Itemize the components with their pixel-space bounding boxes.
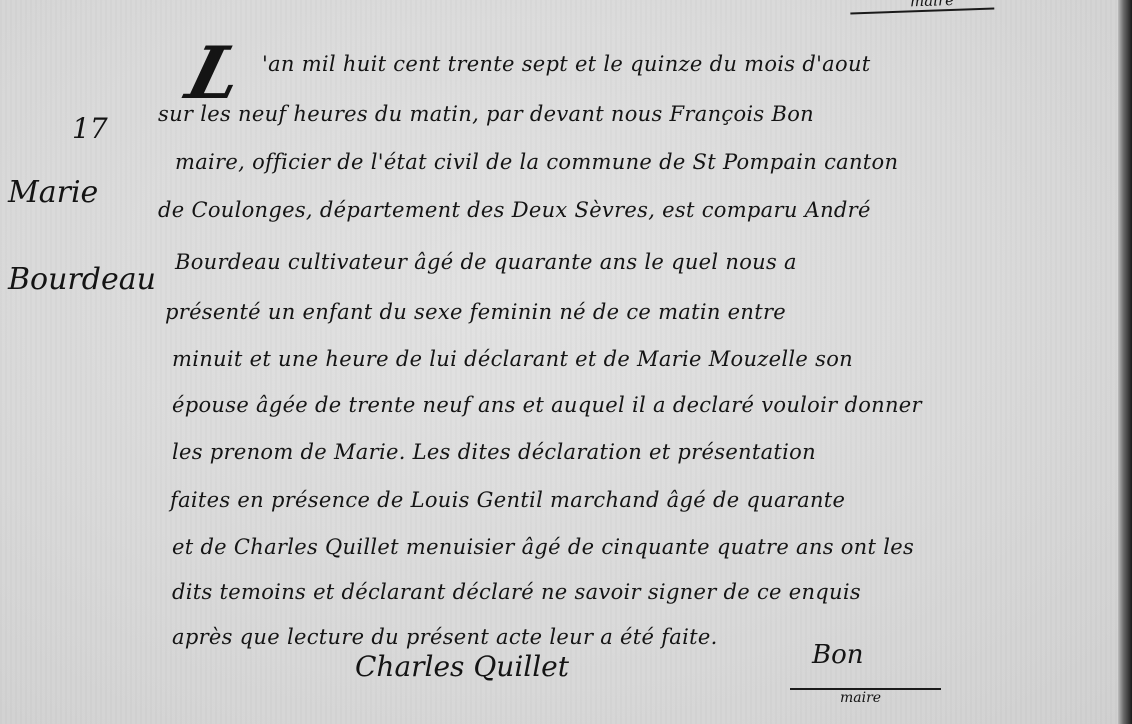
body-line-8: épouse âgée de trente neuf ans et auquel…: [172, 393, 922, 417]
body-line-13: après que lecture du présent acte leur a…: [172, 625, 718, 649]
document-page: maire 17 Marie Bourdeau L 'an mil huit c…: [0, 0, 1132, 724]
margin-child-surname: Bourdeau: [8, 262, 156, 297]
body-line-3: maire, officier de l'état civil de la co…: [175, 150, 898, 174]
body-line-2: sur les neuf heures du matin, par devant…: [158, 102, 814, 126]
witness-signature: Charles Quillet: [355, 650, 569, 683]
body-line-4: de Coulonges, département des Deux Sèvre…: [158, 198, 871, 222]
mayor-signature: Bon: [812, 640, 864, 670]
page-binding-edge: [1118, 0, 1132, 724]
body-line-1: 'an mil huit cent trente sept et le quin…: [262, 52, 871, 76]
body-line-10: faites en présence de Louis Gentil march…: [170, 488, 845, 512]
previous-entry-signature-fragment: maire: [850, 0, 995, 15]
body-line-7: minuit et une heure de lui déclarant et …: [172, 347, 853, 371]
body-line-5: Bourdeau cultivateur âgé de quarante ans…: [175, 250, 797, 274]
body-line-6: présenté un enfant du sexe feminin né de…: [165, 300, 786, 324]
margin-entry-number: 17: [72, 112, 108, 145]
mayor-title: maire: [790, 688, 941, 706]
body-line-11: et de Charles Quillet menuisier âgé de c…: [172, 535, 914, 559]
margin-child-first-name: Marie: [8, 175, 98, 210]
body-line-12: dits temoins et déclarant déclaré ne sav…: [172, 580, 861, 604]
body-line-9: les prenom de Marie. Les dites déclarati…: [172, 440, 816, 464]
